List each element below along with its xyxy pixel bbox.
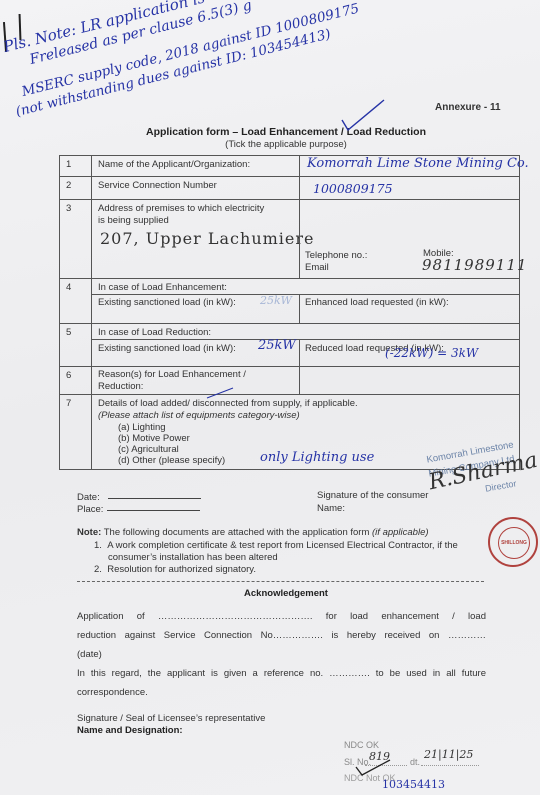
note-text: The following documents are attached wit… (104, 527, 370, 538)
option-other[interactable]: (d) Other (please specify) (118, 455, 225, 466)
ndc-not-ok-value: 103454413 (382, 778, 445, 791)
address-field[interactable]: 207, Upper Lachumiere (100, 229, 315, 248)
pen-stroke (205, 386, 235, 400)
note-item-2: 2. Resolution for authorized signatory. (94, 564, 256, 575)
table-row-load-reduction: 5 In case of Load Reduction: Existing sa… (60, 324, 519, 367)
table-row-service-connection: 2 Service Connection Number 1000809175 (60, 177, 519, 200)
enhanced-load-label: Enhanced load requested (in kW): (305, 297, 449, 308)
note-item-1-cont: consumer’s installation has been altered (108, 552, 278, 563)
table-row-reason: 6 Reason(s) for Load Enhancement / Reduc… (60, 367, 519, 395)
existing-load-reduction-field[interactable]: 25kW (258, 338, 296, 353)
row-number: 2 (60, 177, 92, 199)
application-form-table: 1 Name of the Applicant/Organization: Ko… (59, 155, 520, 470)
acknowledgement-title: Acknowledgement (0, 588, 540, 599)
email-label: Email (305, 262, 329, 273)
row-label-line2: is being supplied (98, 215, 169, 226)
attachments-note: Note: The following documents are attach… (77, 527, 429, 538)
dt-label: dt. (410, 757, 420, 767)
annexure-label: Annexure - 11 (435, 102, 501, 113)
ndc-ok-label: NDC OK (344, 740, 379, 750)
form-title: Application form – Load Enhancement / Lo… (0, 126, 540, 138)
row-label-line2: Reduction: (98, 381, 143, 392)
licensee-signature-label: Signature / Seal of Licensee’s represent… (77, 713, 265, 724)
existing-load-label: Existing sanctioned load (in kW): (98, 297, 236, 308)
option-motive-power[interactable]: (b) Motive Power (118, 433, 190, 444)
row-label: Service Connection Number (98, 180, 217, 191)
applicant-name-field[interactable]: Komorrah Lime Stone Mining Co. (307, 156, 529, 171)
document-page: Pls. Note: LR application is Freleased a… (0, 0, 540, 795)
option-lighting[interactable]: (a) Lighting (118, 422, 166, 433)
seal-text: SHILLONG (498, 527, 530, 559)
row-label: Name of the Applicant/Organization: (98, 159, 250, 170)
consumer-name-label: Name: (317, 503, 345, 514)
row-number: 6 (60, 367, 92, 394)
ack-line-2: reduction against Service Connection No…… (77, 630, 486, 641)
cut-line-divider (77, 581, 484, 582)
option-agricultural[interactable]: (c) Agricultural (118, 444, 179, 455)
row-heading: In case of Load Enhancement: (98, 282, 227, 293)
ack-line-5: correspondence. (77, 687, 148, 698)
company-seal: SHILLONG (488, 517, 538, 567)
ack-line-1: Application of …………………………………………. for loa… (77, 611, 486, 622)
reduced-load-field[interactable]: (-22kW) = 3kW (385, 346, 478, 360)
table-row-address: 3 Address of premises to which electrici… (60, 200, 519, 279)
row-number: 7 (60, 395, 92, 469)
consumer-signature-label: Signature of the consumer (317, 490, 428, 501)
note-prefix: Note: (77, 527, 101, 538)
existing-load-enhancement-field[interactable]: 25kW (260, 294, 292, 307)
row-label-line1: Address of premises to which electricity (98, 203, 264, 214)
service-connection-number-field[interactable]: 1000809175 (313, 181, 393, 196)
mobile-field[interactable]: 9811989111 (422, 256, 527, 274)
other-specify-field[interactable]: only Lighting use (260, 450, 374, 465)
form-subtitle: (Tick the applicable purpose) (0, 139, 540, 150)
ack-line-4: In this regard, the applicant is given a… (77, 668, 486, 679)
row-number: 5 (60, 324, 92, 366)
dt-value: 21|11|25 (424, 748, 473, 761)
row-number: 1 (60, 156, 92, 176)
ndc-tick-mark-icon (354, 757, 394, 779)
tick-mark-icon (340, 96, 386, 132)
place-field[interactable]: Place: (77, 504, 200, 515)
table-row-load-enhancement: 4 In case of Load Enhancement: Existing … (60, 279, 519, 324)
licensee-name-designation-label: Name and Designation: (77, 725, 183, 736)
date-label: Date: (77, 492, 100, 503)
ack-line-3: (date) (77, 649, 102, 660)
date-field[interactable]: Date: (77, 492, 201, 503)
row-number: 3 (60, 200, 92, 278)
row-heading: In case of Load Reduction: (98, 327, 211, 338)
note-item-1: 1. A work completion certificate & test … (94, 540, 458, 551)
existing-load-label: Existing sanctioned load (in kW): (98, 343, 236, 354)
row-label-line2: (Please attach list of equipments catego… (98, 410, 300, 421)
note-suffix: (if applicable) (372, 527, 429, 538)
row-number: 4 (60, 279, 92, 323)
row-label-line1: Reason(s) for Load Enhancement / (98, 369, 246, 380)
table-row-applicant-name: 1 Name of the Applicant/Organization: Ko… (60, 156, 519, 177)
telephone-label: Telephone no.: (305, 250, 367, 261)
place-label: Place: (77, 504, 103, 515)
